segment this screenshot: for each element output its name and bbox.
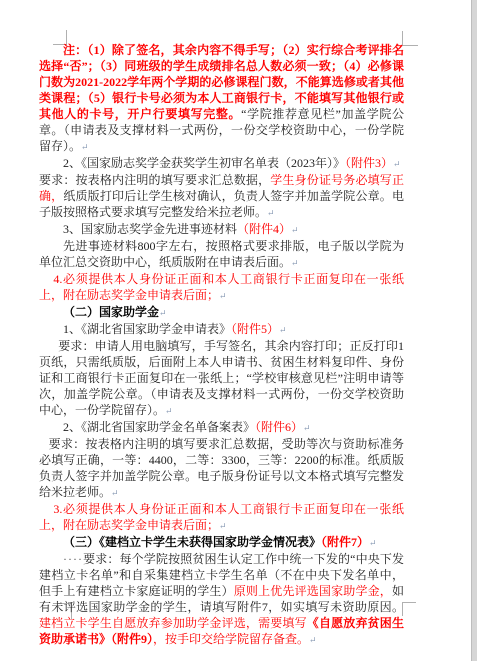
paragraph: 2、《国家励志奖学金获奖学生初审名单表（2023年）》（附件3）↵ <box>39 155 404 172</box>
paragraph-mark-icon: ↵ <box>219 291 227 301</box>
paragraph-mark-icon: ↵ <box>279 325 287 335</box>
text-segment: （附件3） <box>345 156 393 170</box>
text-segment: （附件5） <box>231 322 279 336</box>
paragraph: 2、《湖北省国家助学金名单备案表》（附件6）↵ <box>39 419 404 436</box>
paragraph: 4.必须提供本人身份证正面和本人工商银行卡正面复印在一张纸上，附在励志奖学金申请… <box>39 271 404 304</box>
text-segment: 要求：按表格内注明的填写要求汇总数据， <box>39 173 270 187</box>
paragraph-mark-icon: ↵ <box>159 308 167 318</box>
paragraph: （三）《建档立卡学生未获得国家助学金情况表》（附件7）↵ <box>39 534 404 551</box>
paragraph: 要求：申请人用电脑填写，手写签名，其余内容打印；正反打印1页纸，只需纸质版，后面… <box>39 338 404 419</box>
paragraph-mark-icon: ↵ <box>291 258 299 268</box>
paragraph: 先进事迹材料800字左右，按照格式要求排版，电子版以学院为单位汇总交资助中心，纸… <box>39 238 404 271</box>
paragraph-mark-icon: ↵ <box>291 225 299 235</box>
text-segment: （三）《建档立卡学生未获得国家助学金情况表》 <box>63 535 321 549</box>
paragraph-mark-icon: ↵ <box>81 142 89 152</box>
text-segment: ···· <box>63 552 83 566</box>
paragraph-mark-icon: ↵ <box>165 406 173 416</box>
paragraph: 要求：按表格内注明的填写要求汇总数据，受助等次与资助标准务必填写正确，一等：44… <box>39 436 404 501</box>
paragraph-mark-icon: ↵ <box>303 423 311 433</box>
paragraph: 注：（1）除了签名，其余内容不得手写；（2）实行综合考评排名选择“否”；（3）同… <box>39 42 404 155</box>
text-segment: 2、《国家励志奖学金获奖学生初审名单表（2023年）》 <box>63 156 345 170</box>
paragraph-mark-icon: ↵ <box>369 538 377 548</box>
crop-mark-top-right-icon <box>402 31 418 46</box>
text-segment: 1、《湖北省国家助学金申请表》 <box>63 322 231 336</box>
paragraph-mark-icon: ↵ <box>219 521 227 531</box>
text-segment: （附件6） <box>255 420 303 434</box>
text-segment: （附件4） <box>237 222 291 236</box>
text-segment: 要求：申请人用电脑填写，手写签名，其余内容打印；正反打印1页纸，只需纸质版，后面… <box>39 339 404 417</box>
text-segment: 要求：按表格内注明的填写要求汇总数据，受助等次与资助标准务必填写正确，一等：44… <box>39 437 404 499</box>
text-segment: 先进事迹材料800字左右，按照格式要求排版，电子版以学院为单位汇总交资助中心，纸… <box>39 239 404 269</box>
text-segment: ，按手印交给学院留存备查。 <box>153 632 309 646</box>
text-segment: 原则上优先评选国家助学金， <box>234 584 392 598</box>
paragraph: 3.必须提供本人身份证正面和本人工商银行卡正面复印在一张纸上，附在励志奖学金申请… <box>39 501 404 534</box>
text-segment: 2、《湖北省国家助学金名单备案表》 <box>63 420 255 434</box>
text-segment: 3、国家励志奖学金先进事迹材料 <box>63 222 237 236</box>
paragraph: （二）国家助学金↵ <box>39 304 404 321</box>
text-segment: 建档立卡学生自愿放弃参加助学金评选，需要填写 <box>39 616 307 630</box>
paragraph: 3、国家励志奖学金先进事迹材料（附件4）↵ <box>39 221 404 238</box>
paragraph: ····要求：每个学院按照贫困生认定工作中统一下发的“中央下发建档立卡名单”和自… <box>39 551 404 648</box>
paragraph-mark-icon: ↵ <box>111 488 119 498</box>
page-right-edge <box>471 0 477 661</box>
paragraph-mark-icon: ↵ <box>309 635 317 645</box>
paragraph-mark-icon: ↵ <box>393 159 401 169</box>
paragraph-mark-icon: ↵ <box>267 208 275 218</box>
text-segment: （二）国家助学金 <box>63 305 159 319</box>
document-text: 注：（1）除了签名，其余内容不得手写；（2）实行综合考评排名选择“否”；（3）同… <box>39 42 404 648</box>
paragraph: 1、《湖北省国家助学金申请表》（附件5）↵ <box>39 321 404 338</box>
text-segment: 纸质版打印后让学生核对确认，负责人签字并加盖学院公章。电子版按照格式要求填写完整… <box>39 189 404 219</box>
paragraph: 要求：按表格内注明的填写要求汇总数据，学生身份证号务必填写正确，纸质版打印后让学… <box>39 172 404 221</box>
text-segment: （附件7） <box>321 535 369 549</box>
crop-mark-bottom-right-icon <box>402 602 416 616</box>
